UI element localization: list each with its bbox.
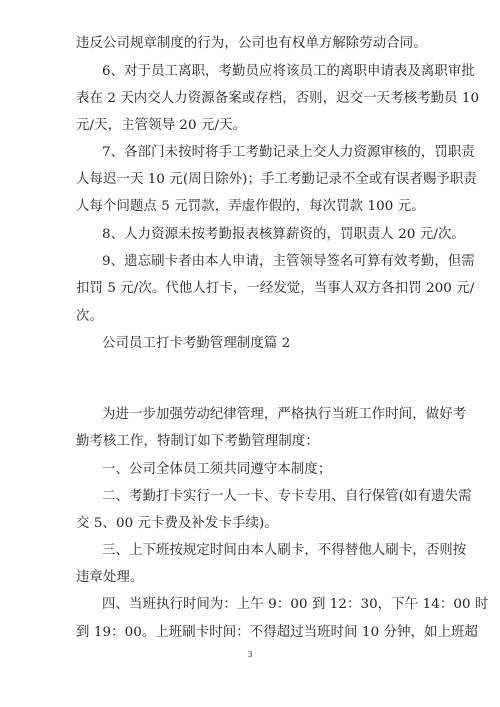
text-line-2: 6、对于员工离职，考勤员应将该员工的离职申请表及离职审批 (102, 64, 426, 80)
section-heading: 公司员工打卡考勤管理制度篇 2 (102, 336, 426, 352)
text-line-18: 三、上下班按规定时间由本人刷卡，不得替他人刷卡，否则按 (102, 543, 426, 559)
text-line-17: 交 5、00 元卡费及补发卡手续)。 (76, 516, 426, 532)
text-line-19: 违章处理。 (76, 570, 426, 586)
text-line-21: 到 19：00。上班刷卡时间：不得超过当班时间 10 分钟，如上班超 (76, 625, 426, 641)
document-page: 违反公司规章制度的行为，公司也有权单方解除劳动合同。 6、对于员工离职，考勤员应… (0, 0, 500, 707)
text-line-8: 8、人力资源未按考勤报表核算薪资的，罚职责人 20 元/次。 (102, 227, 426, 243)
text-line-3: 表在 2 天内交人力资源备案或存档，否则，迟交一天考核考勤员 10 (76, 91, 426, 107)
text-line-10: 扣罚 5 元/次。代他人打卡，一经发觉，当事人双方各扣罚 200 元/ (76, 281, 426, 297)
text-line-14: 勤考核工作，特制订如下考勤管理制度： (76, 434, 426, 450)
page-number: 3 (0, 650, 500, 659)
text-line-15: 一、公司全体员工须共同遵守本制度； (102, 462, 426, 478)
text-line-4: 元/天，主管领导 20 元/天。 (76, 118, 426, 134)
text-line-5: 7、各部门未按时将手工考勤记录上交人力资源审核的，罚职责 (102, 145, 426, 161)
text-line-16: 二、考勤打卡实行一人一卡、专卡专用、自行保管(如有遗失需 (102, 489, 426, 505)
text-line-9: 9、遗忘刷卡者由本人申请，主管领导签名可算有效考勤，但需 (102, 254, 426, 270)
text-line-11: 次。 (76, 309, 426, 325)
text-line-6: 人每迟一天 10 元(周日除外)；手工考勤记录不全或有误者赐予职责 (76, 172, 426, 188)
text-line-13: 为进一步加强劳动纪律管理，严格执行当班工作时间，做好考 (102, 407, 426, 423)
text-line-7: 人每个问题点 5 元罚款，弄虚作假的，每次罚款 100 元。 (76, 199, 426, 215)
text-line-1: 违反公司规章制度的行为，公司也有权单方解除劳动合同。 (76, 36, 426, 52)
text-line-20: 四、当班执行时间为：上午 9：00 到 12：30，下午 14：00 时 (102, 597, 426, 613)
